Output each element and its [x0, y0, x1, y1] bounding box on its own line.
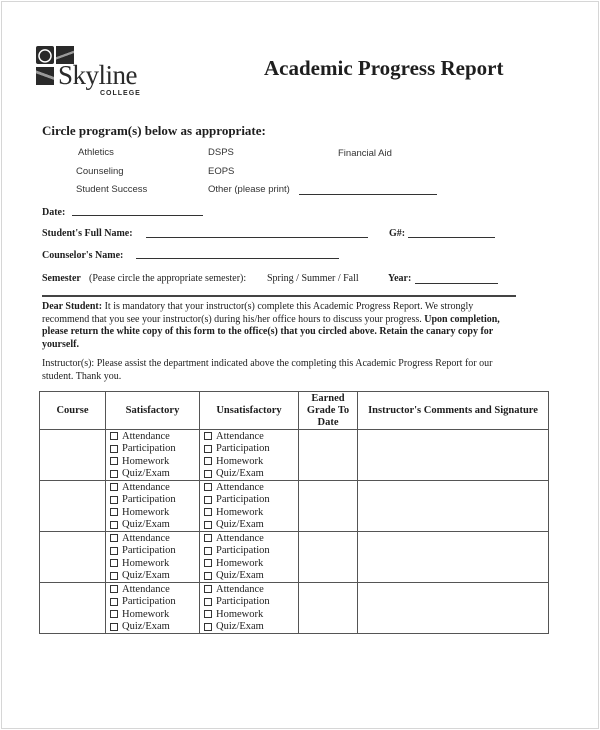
satisfactory-checkbox-list: AttendanceParticipationHomeworkQuiz/Exam [106, 430, 199, 480]
checkbox-icon[interactable] [204, 483, 212, 491]
unsatisfactory-checkbox-item[interactable]: Homework [204, 557, 298, 570]
unsatisfactory-checkbox-item[interactable]: Participation [204, 494, 298, 507]
checkbox-icon[interactable] [110, 457, 118, 465]
checkbox-icon[interactable] [110, 432, 118, 440]
checkbox-label: Homework [122, 609, 169, 620]
satisfactory-checkbox-item[interactable]: Quiz/Exam [110, 570, 199, 583]
sun-icon [36, 46, 54, 64]
unsatisfactory-checkbox-list: AttendanceParticipationHomeworkQuiz/Exam [200, 430, 298, 480]
comments-cell[interactable] [358, 481, 549, 532]
date-label: Date: [42, 207, 65, 218]
comments-cell[interactable] [358, 430, 549, 481]
satisfactory-checkbox-item[interactable]: Attendance [110, 583, 199, 596]
table-header-row: Course Satisfactory Unsatisfactory Earne… [40, 392, 549, 430]
table-row: AttendanceParticipationHomeworkQuiz/Exam… [40, 583, 549, 634]
checkbox-icon[interactable] [204, 559, 212, 567]
checkbox-icon[interactable] [110, 534, 118, 542]
college-name: Skyline [58, 62, 137, 89]
satisfactory-checkbox-list: AttendanceParticipationHomeworkQuiz/Exam [106, 481, 199, 531]
checkbox-label: Quiz/Exam [216, 519, 264, 530]
checkbox-icon[interactable] [204, 534, 212, 542]
checkbox-icon[interactable] [110, 610, 118, 618]
checkbox-label: Quiz/Exam [122, 519, 170, 530]
unsatisfactory-cell: AttendanceParticipationHomeworkQuiz/Exam [200, 532, 299, 583]
checkbox-icon[interactable] [204, 598, 212, 606]
unsatisfactory-checkbox-item[interactable]: Homework [204, 608, 298, 621]
checkbox-label: Quiz/Exam [122, 621, 170, 632]
satisfactory-checkbox-item[interactable]: Homework [110, 455, 199, 468]
header-course: Course [40, 392, 106, 430]
checkbox-icon[interactable] [110, 572, 118, 580]
checkbox-icon[interactable] [204, 470, 212, 478]
checkbox-label: Participation [122, 494, 176, 505]
unsatisfactory-checkbox-item[interactable]: Participation [204, 443, 298, 456]
header-satisfactory: Satisfactory [106, 392, 200, 430]
g-number-label: G#: [389, 228, 405, 239]
college-logo: Skyline COLLEGE [36, 46, 136, 106]
satisfactory-cell: AttendanceParticipationHomeworkQuiz/Exam [106, 481, 200, 532]
checkbox-label: Homework [122, 558, 169, 569]
satisfactory-checkbox-item[interactable]: Participation [110, 596, 199, 609]
checkbox-label: Participation [216, 545, 270, 556]
checkbox-label: Participation [122, 443, 176, 454]
checkbox-icon[interactable] [204, 572, 212, 580]
satisfactory-checkbox-item[interactable]: Quiz/Exam [110, 468, 199, 481]
satisfactory-checkbox-item[interactable]: Homework [110, 506, 199, 519]
satisfactory-checkbox-item[interactable]: Homework [110, 608, 199, 621]
checkbox-label: Homework [216, 558, 263, 569]
checkbox-icon[interactable] [204, 457, 212, 465]
checkbox-label: Participation [122, 545, 176, 556]
program-student-success[interactable]: Student Success [76, 184, 147, 195]
program-eops[interactable]: EOPS [208, 166, 234, 177]
checkbox-icon[interactable] [204, 521, 212, 529]
satisfactory-checkbox-item[interactable]: Participation [110, 545, 199, 558]
g-number-input[interactable] [408, 237, 495, 238]
student-name-input[interactable] [146, 237, 368, 238]
document-page: Skyline COLLEGE Academic Progress Report… [1, 1, 599, 729]
counselor-label: Counselor's Name: [42, 250, 123, 261]
dear-student-lead: Dear Student: [42, 301, 102, 312]
header-comments: Instructor's Comments and Signature [358, 392, 549, 430]
header-earned-grade: Earned Grade To Date [299, 392, 358, 430]
progress-table: Course Satisfactory Unsatisfactory Earne… [39, 391, 549, 634]
satisfactory-cell: AttendanceParticipationHomeworkQuiz/Exam [106, 583, 200, 634]
satisfactory-checkbox-item[interactable]: Quiz/Exam [110, 621, 199, 634]
unsatisfactory-checkbox-list: AttendanceParticipationHomeworkQuiz/Exam [200, 583, 298, 633]
satisfactory-checkbox-item[interactable]: Attendance [110, 430, 199, 443]
unsatisfactory-checkbox-item[interactable]: Quiz/Exam [204, 621, 298, 634]
unsatisfactory-checkbox-item[interactable]: Quiz/Exam [204, 570, 298, 583]
instructor-body: Please assist the department indicated a… [42, 358, 492, 382]
earned-grade-cell[interactable] [299, 532, 358, 583]
satisfactory-cell: AttendanceParticipationHomeworkQuiz/Exam [106, 532, 200, 583]
semester-label: Semester [42, 273, 81, 284]
checkbox-icon[interactable] [204, 432, 212, 440]
checkbox-label: Participation [216, 443, 270, 454]
satisfactory-checkbox-item[interactable]: Attendance [110, 481, 199, 494]
unsatisfactory-cell: AttendanceParticipationHomeworkQuiz/Exam [200, 481, 299, 532]
earned-grade-cell[interactable] [299, 481, 358, 532]
instructor-paragraph: Instructor(s): Please assist the departm… [42, 358, 522, 383]
earned-grade-cell[interactable] [299, 583, 358, 634]
checkbox-label: Participation [216, 596, 270, 607]
unsatisfactory-checkbox-item[interactable]: Homework [204, 506, 298, 519]
checkbox-label: Attendance [216, 584, 264, 595]
checkbox-icon[interactable] [110, 496, 118, 504]
unsatisfactory-checkbox-item[interactable]: Attendance [204, 481, 298, 494]
checkbox-icon[interactable] [110, 598, 118, 606]
page-title: Academic Progress Report [264, 56, 504, 81]
earned-grade-cell[interactable] [299, 430, 358, 481]
unsatisfactory-cell: AttendanceParticipationHomeworkQuiz/Exam [200, 583, 299, 634]
other-program-input[interactable] [299, 194, 437, 195]
course-cell[interactable] [40, 532, 106, 583]
unsatisfactory-checkbox-item[interactable]: Participation [204, 545, 298, 558]
date-input[interactable] [72, 215, 203, 216]
satisfactory-checkbox-item[interactable]: Participation [110, 494, 199, 507]
road-icon [36, 67, 54, 85]
satisfactory-checkbox-item[interactable]: Quiz/Exam [110, 519, 199, 532]
program-counseling[interactable]: Counseling [76, 166, 124, 177]
checkbox-label: Homework [216, 507, 263, 518]
program-other[interactable]: Other (please print) [208, 184, 290, 195]
unsatisfactory-checkbox-list: AttendanceParticipationHomeworkQuiz/Exam [200, 481, 298, 531]
year-label: Year: [388, 273, 411, 284]
dear-student-body: It is mandatory that your instructor(s) … [42, 301, 473, 325]
table-row: AttendanceParticipationHomeworkQuiz/Exam… [40, 481, 549, 532]
satisfactory-checkbox-list: AttendanceParticipationHomeworkQuiz/Exam [106, 583, 199, 633]
checkbox-icon[interactable] [110, 623, 118, 631]
checkbox-icon[interactable] [110, 559, 118, 567]
unsatisfactory-checkbox-item[interactable]: Attendance [204, 532, 298, 545]
checkbox-label: Participation [216, 494, 270, 505]
checkbox-label: Attendance [216, 431, 264, 442]
checkbox-label: Homework [122, 456, 169, 467]
checkbox-icon[interactable] [204, 508, 212, 516]
header-unsatisfactory: Unsatisfactory [200, 392, 299, 430]
checkbox-icon[interactable] [110, 483, 118, 491]
semester-hint: (Pease circle the appropriate semester): [89, 273, 246, 284]
unsatisfactory-checkbox-item[interactable]: Quiz/Exam [204, 519, 298, 532]
program-dsps[interactable]: DSPS [208, 147, 234, 158]
comments-cell[interactable] [358, 583, 549, 634]
course-cell[interactable] [40, 430, 106, 481]
checkbox-icon[interactable] [110, 508, 118, 516]
checkbox-icon[interactable] [204, 496, 212, 504]
unsatisfactory-checkbox-item[interactable]: Attendance [204, 430, 298, 443]
instructor-lead: Instructor(s): [42, 358, 94, 369]
course-cell[interactable] [40, 481, 106, 532]
table-body: AttendanceParticipationHomeworkQuiz/Exam… [40, 430, 549, 634]
year-input[interactable] [415, 283, 498, 284]
checkbox-label: Quiz/Exam [216, 570, 264, 581]
checkbox-label: Attendance [122, 431, 170, 442]
checkbox-label: Quiz/Exam [216, 621, 264, 632]
checkbox-label: Participation [122, 596, 176, 607]
unsatisfactory-checkbox-list: AttendanceParticipationHomeworkQuiz/Exam [200, 532, 298, 582]
semester-options[interactable]: Spring / Summer / Fall [267, 273, 359, 284]
checkbox-icon[interactable] [204, 623, 212, 631]
program-financial-aid[interactable]: Financial Aid [338, 148, 392, 159]
checkbox-label: Attendance [216, 482, 264, 493]
course-cell[interactable] [40, 583, 106, 634]
unsatisfactory-checkbox-item[interactable]: Homework [204, 455, 298, 468]
college-subtitle: COLLEGE [100, 90, 141, 97]
checkbox-label: Attendance [216, 533, 264, 544]
checkbox-icon[interactable] [110, 445, 118, 453]
checkbox-icon[interactable] [110, 585, 118, 593]
satisfactory-checkbox-list: AttendanceParticipationHomeworkQuiz/Exam [106, 532, 199, 582]
checkbox-label: Quiz/Exam [122, 570, 170, 581]
unsatisfactory-checkbox-item[interactable]: Participation [204, 596, 298, 609]
checkbox-label: Homework [216, 609, 263, 620]
unsatisfactory-cell: AttendanceParticipationHomeworkQuiz/Exam [200, 430, 299, 481]
checkbox-label: Homework [122, 507, 169, 518]
satisfactory-checkbox-item[interactable]: Participation [110, 443, 199, 456]
dear-student-paragraph: Dear Student: It is mandatory that your … [42, 301, 522, 351]
checkbox-label: Quiz/Exam [122, 468, 170, 479]
unsatisfactory-checkbox-item[interactable]: Quiz/Exam [204, 468, 298, 481]
satisfactory-cell: AttendanceParticipationHomeworkQuiz/Exam [106, 430, 200, 481]
satisfactory-checkbox-item[interactable]: Attendance [110, 532, 199, 545]
unsatisfactory-checkbox-item[interactable]: Attendance [204, 583, 298, 596]
program-athletics[interactable]: Athletics [78, 147, 114, 158]
counselor-input[interactable] [136, 258, 339, 259]
satisfactory-checkbox-item[interactable]: Homework [110, 557, 199, 570]
student-name-label: Student's Full Name: [42, 228, 133, 239]
table-row: AttendanceParticipationHomeworkQuiz/Exam… [40, 532, 549, 583]
checkbox-label: Quiz/Exam [216, 468, 264, 479]
divider [42, 295, 516, 297]
table-row: AttendanceParticipationHomeworkQuiz/Exam… [40, 430, 549, 481]
checkbox-icon[interactable] [204, 585, 212, 593]
checkbox-label: Attendance [122, 584, 170, 595]
checkbox-label: Attendance [122, 482, 170, 493]
checkbox-icon[interactable] [204, 610, 212, 618]
checkbox-icon[interactable] [204, 445, 212, 453]
checkbox-icon[interactable] [110, 547, 118, 555]
comments-cell[interactable] [358, 532, 549, 583]
checkbox-label: Attendance [122, 533, 170, 544]
checkbox-label: Homework [216, 456, 263, 467]
programs-label: Circle program(s) below as appropriate: [42, 123, 266, 139]
checkbox-icon[interactable] [110, 521, 118, 529]
checkbox-icon[interactable] [110, 470, 118, 478]
checkbox-icon[interactable] [204, 547, 212, 555]
